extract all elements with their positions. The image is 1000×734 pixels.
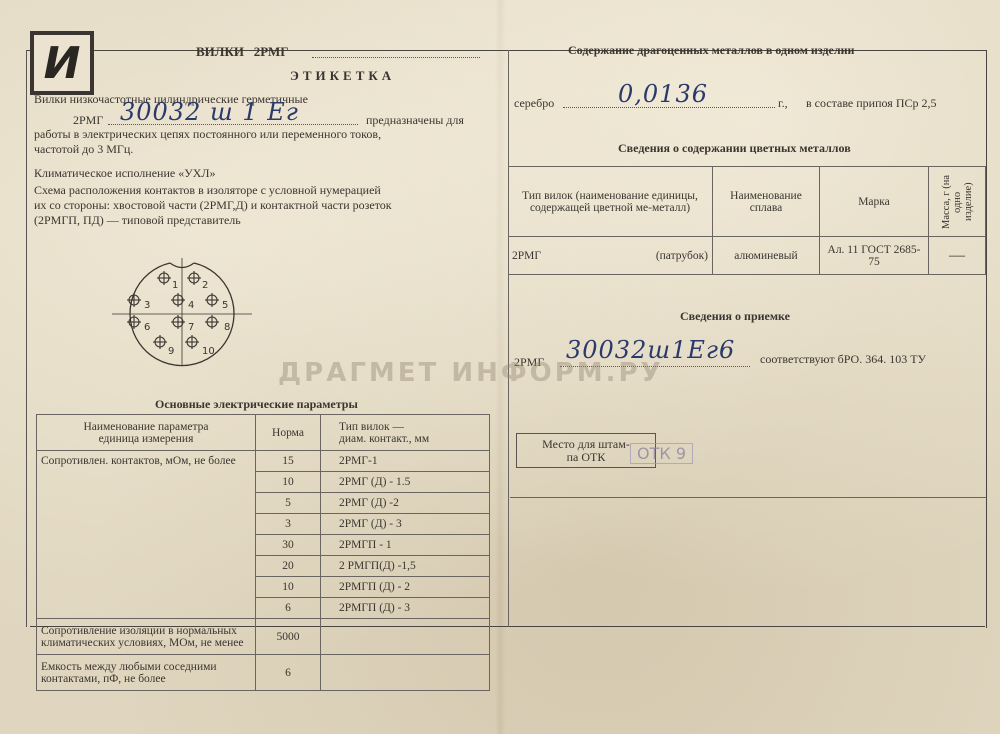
nf-row-type: 2РМГ	[512, 250, 541, 262]
intro-line-3: работы в электрических цепях постоянного…	[34, 127, 381, 142]
capacitance-label: Емкость между любыми соседними контактам…	[37, 655, 256, 691]
nf-row-type-cell: 2РМГ (патрубок)	[508, 237, 713, 275]
nonferrous-title: Сведения о содержании цветных металлов	[618, 141, 851, 156]
silver-suffix: в составе припоя ПСр 2,5	[806, 96, 936, 111]
col-header-type: Тип вилок — диам. контакт., мм	[321, 415, 490, 451]
resistance-norm: 15	[256, 451, 321, 472]
acceptance-title: Сведения о приемке	[680, 309, 790, 324]
intro-suffix: предназначены для	[366, 113, 464, 128]
acceptance-suffix: соответствуют бРО. 364. 103 ТУ	[760, 352, 926, 367]
nf-row-mass: —	[929, 237, 986, 275]
nf-row-grade: Ал. 11 ГОСТ 2685-75	[820, 237, 929, 275]
insulation-type-empty	[321, 619, 490, 655]
electrical-params-table: Наименование параметра единица измерения…	[36, 414, 490, 691]
svg-text:3: 3	[144, 300, 150, 311]
silver-unit: г.,	[778, 96, 788, 111]
resistance-norm: 10	[256, 472, 321, 493]
intro-line-4: частотой до 3 МГц.	[34, 142, 133, 157]
resistance-type: 2РМГП (Д) - 2	[321, 577, 490, 598]
frame-left-edge	[26, 50, 27, 627]
intro-serial-handwritten: 30032 ш 1 Ег	[120, 98, 299, 126]
scheme-line-1: Схема расположения контактов в изоляторе…	[34, 183, 381, 198]
resistance-label: Сопротивлен. контактов, мОм, не более	[37, 451, 256, 619]
svg-text:1: 1	[172, 280, 178, 291]
otk-stamp-mark: ОТК 9	[630, 443, 693, 464]
header-product-line	[312, 57, 480, 58]
resistance-type: 2РМГ (Д) -2	[321, 493, 490, 514]
nf-header-type: Тип вилок (наименование единицы, содержа…	[508, 167, 713, 237]
resistance-type: 2РМГП - 1	[321, 535, 490, 556]
col-header-norm: Норма	[256, 415, 321, 451]
contact-layout-diagram: 12345678910	[112, 258, 252, 368]
resistance-type: 2РМГП (Д) - 3	[321, 598, 490, 619]
nf-header-mass: Масса, г (на одно изделие)	[941, 171, 974, 233]
resistance-norm: 5	[256, 493, 321, 514]
capacitance-type-empty	[321, 655, 490, 691]
fold-divider	[508, 50, 509, 627]
resistance-type: 2РМГ (Д) - 3	[321, 514, 490, 535]
scheme-line-3: (2РМГП, ПД) — типовой представитель	[34, 213, 241, 228]
logo-glyph: И	[44, 38, 81, 89]
resistance-row: Сопротивлен. контактов, мОм, не более152…	[37, 451, 490, 472]
resistance-type: 2РМГ-1	[321, 451, 490, 472]
svg-text:8: 8	[224, 322, 230, 333]
resistance-norm: 20	[256, 556, 321, 577]
col-header-param: Наименование параметра единица измерения	[37, 415, 256, 451]
nf-header-alloy: Наименование сплава	[713, 167, 820, 237]
intro-prefix: 2РМГ	[73, 113, 103, 128]
precious-metals-title: Содержание драгоценных металлов в одном …	[568, 43, 854, 58]
svg-text:10: 10	[202, 346, 215, 357]
svg-text:5: 5	[222, 300, 228, 311]
silver-label: серебро	[514, 96, 554, 111]
svg-text:7: 7	[188, 322, 194, 333]
insulation-label: Сопротивление изоляции в нормальных клим…	[37, 619, 256, 655]
svg-text:6: 6	[144, 322, 150, 333]
right-section-divider	[510, 497, 986, 498]
manufacturer-logo: И	[30, 31, 94, 95]
resistance-type: 2РМГ (Д) - 1.5	[321, 472, 490, 493]
watermark: ДРАГМЕТ ИНФОРМ.РУ	[278, 358, 664, 388]
otk-stamp-label: Место для штам- па ОТК	[542, 437, 630, 464]
insulation-norm: 5000	[256, 619, 321, 655]
params-title: Основные электрические параметры	[155, 397, 358, 412]
resistance-norm: 3	[256, 514, 321, 535]
nf-header-mass-cell: Масса, г (на одно изделие)	[929, 167, 986, 237]
resistance-type: 2 РМГП(Д) -1,5	[321, 556, 490, 577]
scheme-line-2: их со стороны: хвостовой части (2РМГ,Д) …	[34, 198, 392, 213]
svg-text:2: 2	[202, 280, 208, 291]
svg-text:4: 4	[188, 300, 194, 311]
climate-version: Климатическое исполнение «УХЛ»	[34, 166, 216, 181]
nf-header-grade: Марка	[820, 167, 929, 237]
capacitance-norm: 6	[256, 655, 321, 691]
resistance-norm: 6	[256, 598, 321, 619]
nf-row-alloy: алюминевый	[713, 237, 820, 275]
nonferrous-table: Тип вилок (наименование единицы, содержа…	[508, 166, 986, 275]
header-product: ВИЛКИ 2РМГ	[196, 44, 289, 60]
label-title: ЭТИКЕТКА	[290, 68, 395, 84]
resistance-norm: 10	[256, 577, 321, 598]
resistance-norm: 30	[256, 535, 321, 556]
nf-row-part: (патрубок)	[656, 250, 708, 262]
svg-text:9: 9	[168, 346, 174, 357]
silver-value-handwritten: 0,0136	[618, 80, 708, 108]
